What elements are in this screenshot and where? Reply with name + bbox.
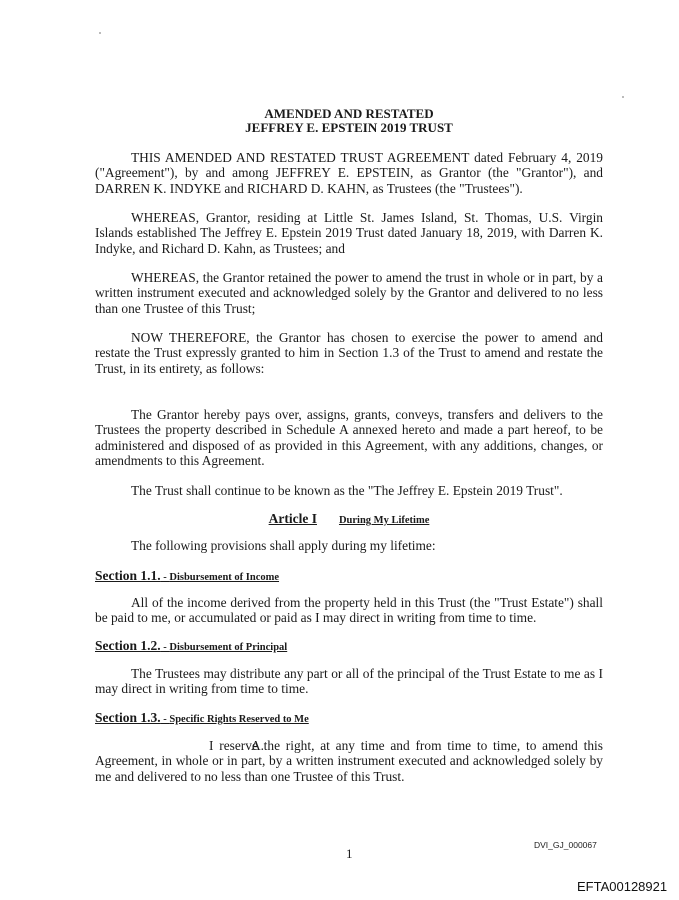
efta-stamp: EFTA00128921 — [577, 879, 667, 894]
document-title: AMENDED AND RESTATED JEFFREY E. EPSTEIN … — [95, 107, 603, 135]
now-therefore-paragraph: NOW THEREFORE, the Grantor has chosen to… — [95, 330, 603, 376]
scan-speck — [99, 32, 101, 34]
whereas-paragraph-1: WHEREAS, Grantor, residing at Little St.… — [95, 210, 603, 256]
section-number: Section 1.3. — [95, 710, 161, 725]
article-heading: Article IDuring My Lifetime — [95, 511, 603, 527]
article-subtitle: During My Lifetime — [339, 515, 429, 526]
section-title: Disbursement of Income — [169, 572, 279, 583]
section-1-3-heading: Section 1.3. - Specific Rights Reserved … — [95, 709, 603, 727]
page-number: 1 — [346, 846, 353, 862]
section-1-1-body: All of the income derived from the prope… — [95, 595, 603, 626]
title-line-2: JEFFREY E. EPSTEIN 2019 TRUST — [95, 121, 603, 135]
section-1-3-body: I reserve the right, at any time and fro… — [95, 738, 603, 784]
section-title: Disbursement of Principal — [169, 642, 287, 653]
bates-number: DVI_GJ_000067 — [534, 840, 597, 850]
title-line-1: AMENDED AND RESTATED — [95, 107, 603, 121]
section-title: Specific Rights Reserved to Me — [169, 714, 308, 725]
section-number: Section 1.1. — [95, 568, 161, 583]
scan-speck — [622, 96, 624, 98]
item-label: A. — [173, 738, 209, 753]
article-number: Article I — [269, 511, 317, 526]
section-1-1-heading: Section 1.1. - Disbursement of Income — [95, 567, 603, 585]
grant-paragraph: The Grantor hereby pays over, assigns, g… — [95, 407, 603, 468]
section-1-2-body: The Trustees may distribute any part or … — [95, 666, 603, 697]
article-intro: The following provisions shall apply dur… — [95, 538, 603, 553]
preamble-paragraph: THIS AMENDED AND RESTATED TRUST AGREEMEN… — [95, 150, 603, 196]
trust-name-paragraph: The Trust shall continue to be known as … — [95, 483, 603, 498]
section-1-2-heading: Section 1.2. - Disbursement of Principal — [95, 637, 603, 655]
section-1-3-item-a: A.I reserve the right, at any time and f… — [95, 738, 603, 784]
whereas-paragraph-2: WHEREAS, the Grantor retained the power … — [95, 270, 603, 316]
section-number: Section 1.2. — [95, 638, 161, 653]
